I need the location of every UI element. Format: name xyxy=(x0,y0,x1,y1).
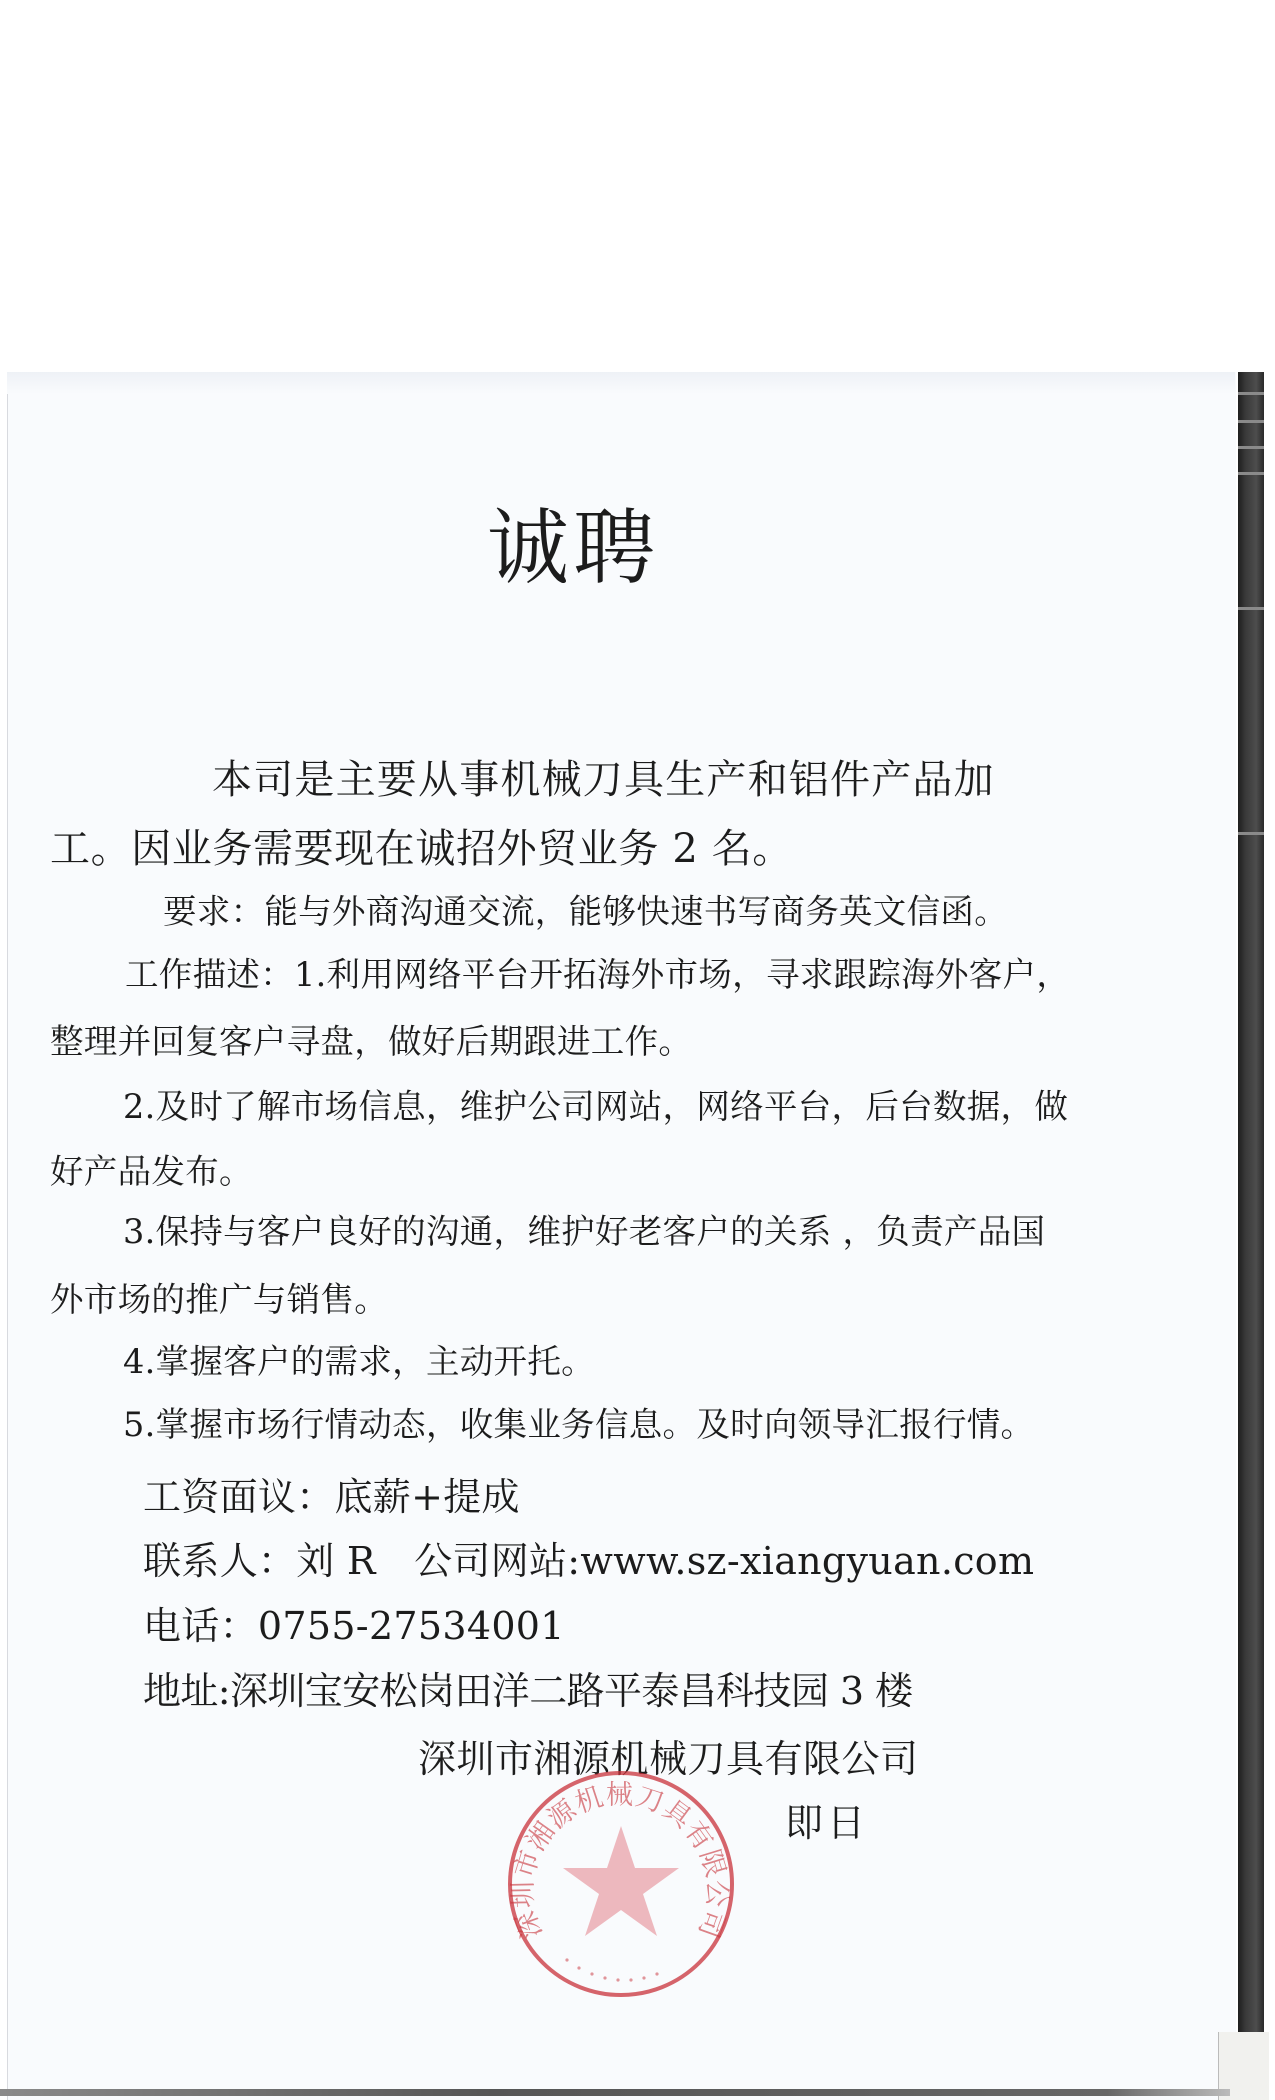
address-text: 地址:深圳宝安松岗田洋二路平泰昌科技园 3 楼 xyxy=(143,1672,912,1710)
scanner-edge-bar xyxy=(1238,372,1264,2032)
scan-edge-shadow xyxy=(7,372,1235,394)
intro-line-1: 本司是主要从事机械刀具生产和铝件产品加 xyxy=(212,760,995,800)
requirement-text: 要求：能与外商沟通交流，能够快速书写商务英文信函。 xyxy=(163,895,1008,929)
duty-3-line-1: 3.保持与客户良好的沟通，维护好老客户的关系 ，负责产品国 xyxy=(123,1215,1045,1249)
page-title: 诚聘 xyxy=(487,508,659,590)
star-icon xyxy=(563,1826,679,1936)
scanner-bottom-edge xyxy=(0,2089,1230,2096)
duty-1-line-2: 整理并回复客户寻盘，做好后期跟进工作。 xyxy=(50,1025,692,1059)
company-seal-stamp: 深圳市湘源机械刀具有限公司 xyxy=(505,1768,737,2000)
date-text: 即日 xyxy=(785,1804,869,1842)
duty-1-line-1: 工作描述：1.利用网络平台开拓海外市场，寻求跟踪海外客户， xyxy=(125,958,1070,992)
duty-4: 4.掌握客户的需求，主动开托。 xyxy=(123,1345,595,1379)
contact-person-and-website: 联系人：刘 R 公司网站:www.sz-xiangyuan.com xyxy=(143,1542,1034,1580)
duty-3-line-2: 外市场的推广与销售。 xyxy=(50,1283,388,1317)
duty-5: 5.掌握市场行情动态，收集业务信息。及时向领导汇报行情。 xyxy=(123,1408,1034,1442)
duty-2-line-1: 2.及时了解市场信息，维护公司网站，网络平台，后台数据，做 xyxy=(123,1090,1068,1124)
duty-2-line-2: 好产品发布。 xyxy=(50,1155,253,1189)
phone-text: 电话：0755-27534001 xyxy=(143,1607,565,1645)
intro-line-2: 工。因业务需要现在诚招外贸业务 2 名。 xyxy=(50,829,793,869)
salary-text: 工资面议：底薪+提成 xyxy=(143,1478,520,1516)
